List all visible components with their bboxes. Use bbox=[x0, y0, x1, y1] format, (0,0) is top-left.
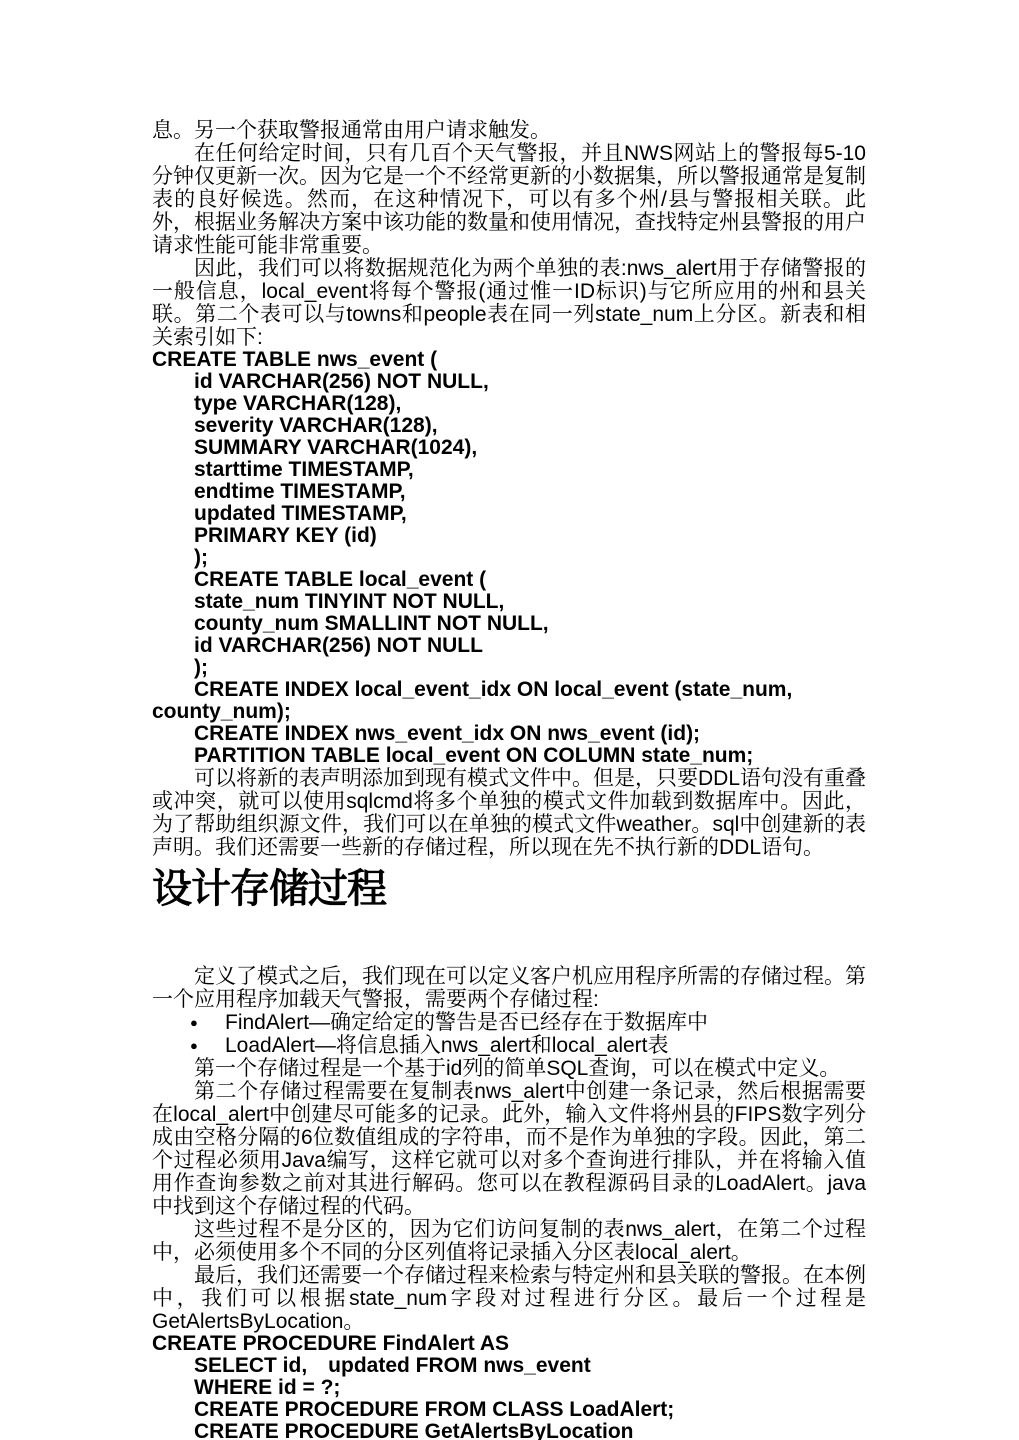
code-line: ); bbox=[152, 547, 866, 569]
code-line: ); bbox=[152, 657, 866, 679]
paragraph-normalize: 因此，我们可以将数据规范化为两个单独的表:nws_alert用于存储警报的一般信… bbox=[152, 257, 866, 349]
bullet-item: ● LoadAlert—将信息插入nws_alert和local_alert表 bbox=[152, 1034, 866, 1057]
bullet-icon: ● bbox=[190, 1011, 225, 1034]
paragraph-overview: 在任何给定时间，只有几百个天气警报，并且NWS网站上的警报每5-10分钟仅更新一… bbox=[152, 142, 866, 257]
section-heading: 设计存储过程 bbox=[152, 865, 866, 913]
code-line: CREATE TABLE local_event ( bbox=[152, 569, 866, 591]
content-column: 息。另一个获取警报通常由用户请求触发。 在任何给定时间，只有几百个天气警报，并且… bbox=[152, 119, 866, 1440]
bullet-icon: ● bbox=[190, 1034, 225, 1057]
code-line: id VARCHAR(256) NOT NULL, bbox=[152, 371, 866, 393]
paragraph-first-procedure: 第一个存储过程是一个基于id列的简单SQL查询，可以在模式中定义。 bbox=[152, 1057, 866, 1080]
bullet-text: FindAlert—确定给定的警告是否已经存在于数据库中 bbox=[225, 1011, 866, 1034]
code-line: CREATE TABLE nws_event ( bbox=[152, 349, 866, 371]
code-line: PARTITION TABLE local_event ON COLUMN st… bbox=[152, 745, 866, 767]
code-line: SELECT id, updated FROM nws_event bbox=[152, 1355, 866, 1377]
document-page: 息。另一个获取警报通常由用户请求触发。 在任何给定时间，只有几百个天气警报，并且… bbox=[0, 0, 1019, 1440]
paragraph-not-partitioned: 这些过程不是分区的，因为它们访问复制的表nws_alert，在第二个过程中，必须… bbox=[152, 1218, 866, 1264]
code-line: updated TIMESTAMP, bbox=[152, 503, 866, 525]
ddl-code-block: CREATE TABLE nws_event ( id VARCHAR(256)… bbox=[152, 349, 866, 767]
code-line: CREATE INDEX nws_event_idx ON nws_event … bbox=[152, 723, 866, 745]
paragraph-second-procedure: 第二个存储过程需要在复制表nws_alert中创建一条记录，然后根据需要在loc… bbox=[152, 1080, 866, 1218]
bullet-list: ● FindAlert—确定给定的警告是否已经存在于数据库中 ● LoadAle… bbox=[152, 1011, 866, 1057]
code-line: severity VARCHAR(128), bbox=[152, 415, 866, 437]
bullet-item: ● FindAlert—确定给定的警告是否已经存在于数据库中 bbox=[152, 1011, 866, 1034]
code-line: WHERE id = ?; bbox=[152, 1377, 866, 1399]
code-line: county_num SMALLINT NOT NULL, bbox=[152, 613, 866, 635]
procedure-code-block: CREATE PROCEDURE FindAlert AS SELECT id,… bbox=[152, 1333, 866, 1440]
paragraph-schema-files: 可以将新的表声明添加到现有模式文件中。但是，只要DDL语句没有重叠或冲突，就可以… bbox=[152, 767, 866, 859]
paragraph-finally: 最后，我们还需要一个存储过程来检索与特定州和县关联的警报。在本例中，我们可以根据… bbox=[152, 1264, 866, 1333]
code-line: CREATE PROCEDURE FindAlert AS bbox=[152, 1333, 866, 1355]
code-line: type VARCHAR(128), bbox=[152, 393, 866, 415]
code-line: endtime TIMESTAMP, bbox=[152, 481, 866, 503]
code-line: CREATE INDEX local_event_idx ON local_ev… bbox=[152, 679, 866, 723]
code-line: PRIMARY KEY (id) bbox=[152, 525, 866, 547]
code-line: id VARCHAR(256) NOT NULL bbox=[152, 635, 866, 657]
bullet-text: LoadAlert—将信息插入nws_alert和local_alert表 bbox=[225, 1034, 866, 1057]
paragraph-define-procedures: 定义了模式之后，我们现在可以定义客户机应用程序所需的存储过程。第一个应用程序加载… bbox=[152, 965, 866, 1011]
code-line: CREATE PROCEDURE GetAlertsByLocation bbox=[152, 1421, 866, 1440]
code-line: state_num TINYINT NOT NULL, bbox=[152, 591, 866, 613]
code-line: starttime TIMESTAMP, bbox=[152, 459, 866, 481]
paragraph-intro-continuation: 息。另一个获取警报通常由用户请求触发。 bbox=[152, 119, 866, 142]
code-line: SUMMARY VARCHAR(1024), bbox=[152, 437, 866, 459]
code-line: CREATE PROCEDURE FROM CLASS LoadAlert; bbox=[152, 1399, 866, 1421]
